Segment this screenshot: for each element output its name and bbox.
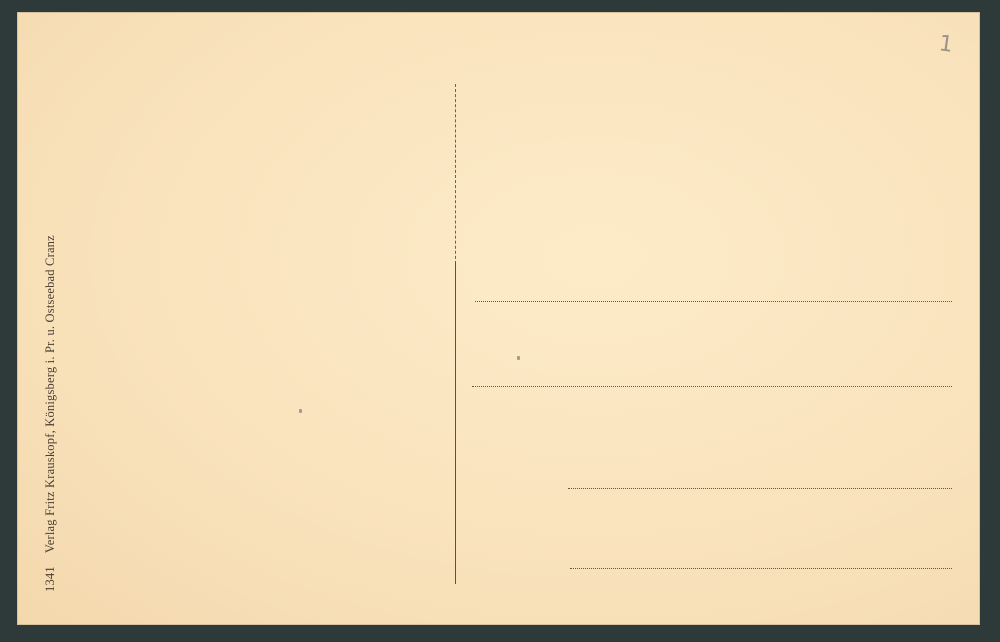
address-line-4	[570, 568, 952, 569]
center-divider-line	[455, 262, 456, 584]
postcard-back: 1341 Verlag Fritz Krauskopf, Königsberg …	[17, 12, 980, 625]
address-line-1	[475, 301, 952, 302]
publisher-text: Verlag Fritz Krauskopf, Königsberg i. Pr…	[43, 235, 57, 553]
publisher-imprint: 1341 Verlag Fritz Krauskopf, Königsberg …	[43, 235, 58, 592]
address-line-3	[568, 488, 952, 489]
card-number: 1341	[43, 566, 57, 592]
ink-speck	[299, 409, 302, 413]
ink-speck	[517, 356, 520, 360]
pencil-mark: 1	[937, 31, 954, 58]
center-divider-dashed	[455, 84, 456, 274]
address-line-2	[472, 386, 952, 387]
